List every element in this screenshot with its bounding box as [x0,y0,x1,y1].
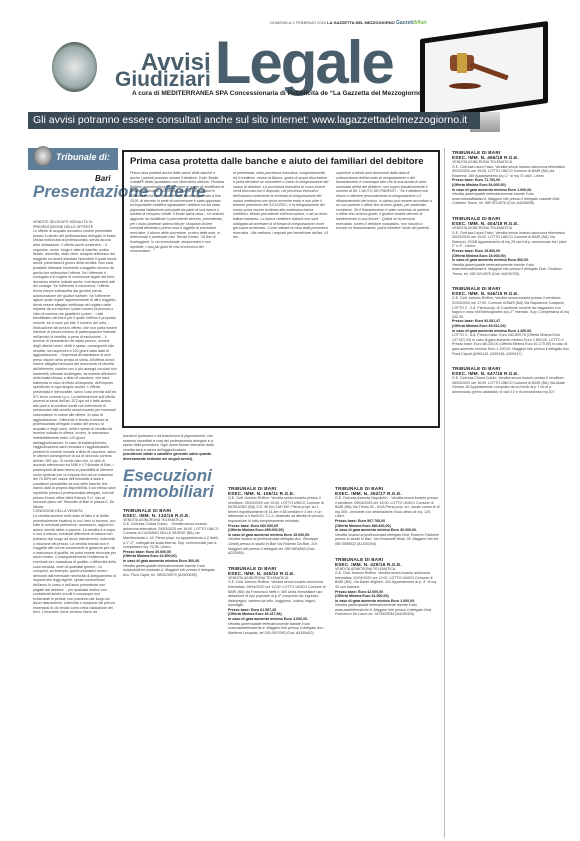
ad-listing: TRIBUNALE DI BARIESEC. IMM. N. 132/16 R.… [123,508,221,578]
ad-listing: TRIBUNALE DI BARIESEC. IMM. N. 429/16 R.… [335,557,440,618]
article-col-1: Prima casa protetta anche dalle azioni d… [130,171,226,254]
column-2: iscrizioni ipotecarie e da trascrizioni … [123,434,221,587]
body-heading: VENDITE DELEGATE MODALITÀ DI PRESENTAZIO… [33,220,117,229]
article-col-2: re presentata, nella procedura esecutiva… [233,171,329,254]
left-column-text: VENDITE DELEGATE MODALITÀ DI PRESENTAZIO… [33,220,117,615]
conditions-text: La vendita avviene nello stato di fatto … [33,514,117,615]
conditions-tail: iscrizioni ipotecarie e da trascrizioni … [123,434,221,452]
ad-listing: TRIBUNALE DI BARIESEC. IMM. N. 404/18 R.… [452,216,570,277]
feature-article: Prima casa protetta dalle banche e aiuto… [122,150,440,428]
column-right: TRIBUNALE DI BARIESEC. IMM. N. 466/18 R.… [452,150,570,405]
body-text: Le offerte di acquisto dovranno essere p… [33,229,117,509]
masthead-logo: AvvisiGiudiziari Legale [115,38,393,88]
ad-listing: TRIBUNALE DI BARIESEC. IMM. N. 155/11 R.… [228,486,328,556]
italian-republic-emblem-icon [52,42,97,92]
article-col-3: superiore a trenta anni decorrenti dalla… [336,171,432,254]
ad-listing: TRIBUNALE DI BARIESEC. IMM. N. 466/18 R.… [452,150,570,206]
tagline: A cura di MEDITERRANEA SPA Concessionari… [132,90,425,97]
gavel-icon [445,50,515,90]
emblem-small-icon [34,146,52,166]
ad-listing: TRIBUNALE DI BARIESEC. IMM. N. 546/15 R.… [452,286,570,356]
column-divider [444,148,445,838]
ad-listing: TRIBUNALE DI BARIESEC. IMM. N. 352/17 R.… [335,486,440,547]
ad-listing: TRIBUNALE DI BARIESEC. IMM. N. 345/10 R.… [228,566,328,636]
dateline: DOMENICA 2 FEBBRAIO 2020 LA GAZZETTA DEL… [270,20,427,26]
tribunal-label: Tribunale di: [56,152,110,162]
ad-listing: TRIBUNALE DI BARIESEC. IMM. N. 647/16 R.… [452,366,570,394]
gazzettaffari-logo: GazzettAffari [396,20,427,26]
conditions-note: (condizioni valide a carattere generale … [123,452,221,461]
column-3: TRIBUNALE DI BARIESEC. IMM. N. 155/11 R.… [228,486,328,645]
column-4: TRIBUNALE DI BARIESEC. IMM. N. 352/17 R.… [335,486,440,627]
section-title-esecuzioni: Esecuzioni immobiliari [123,468,221,500]
website-banner: Gli avvisi potranno essere consultati an… [28,112,480,129]
article-title: Prima casa protetta dalle banche e aiuto… [130,156,432,167]
